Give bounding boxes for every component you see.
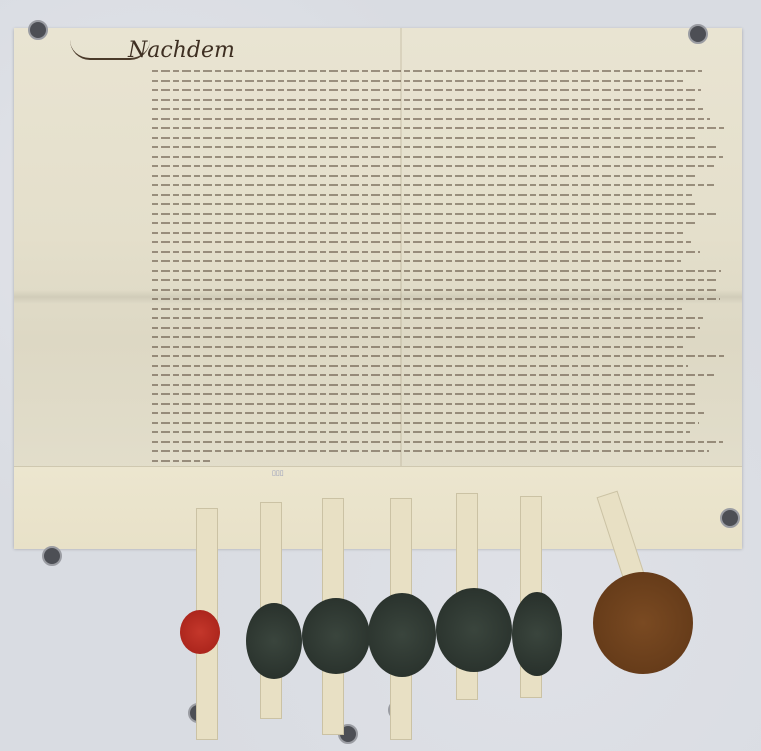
- handwritten-line: [152, 232, 686, 234]
- handwritten-line: [152, 279, 719, 281]
- handwritten-line: [152, 80, 685, 82]
- handwritten-line: [152, 146, 716, 148]
- handwritten-text-block: [152, 70, 727, 470]
- handwritten-line: [152, 89, 701, 91]
- handwritten-line: [152, 108, 703, 110]
- handwritten-line: [152, 374, 714, 376]
- mounting-pin: [42, 546, 62, 566]
- handwritten-line: [152, 222, 695, 224]
- mounting-pin: [28, 20, 48, 40]
- handwritten-line: [152, 327, 700, 329]
- mounting-pin: [688, 24, 708, 44]
- green-wax-seal: [302, 598, 370, 674]
- handwritten-line: [152, 213, 716, 215]
- handwritten-line: [152, 422, 699, 424]
- handwritten-line: [152, 393, 696, 395]
- handwritten-line: [152, 270, 721, 272]
- handwritten-line: [152, 184, 714, 186]
- handwritten-line: [152, 298, 720, 300]
- mounting-pin: [720, 508, 740, 528]
- handwritten-line: [152, 156, 723, 158]
- plica-fold: [14, 466, 742, 549]
- handwritten-line: [152, 241, 691, 243]
- handwritten-line: [152, 118, 710, 120]
- handwritten-line: [152, 251, 700, 253]
- handwritten-line: [152, 403, 695, 405]
- handwritten-line: [152, 308, 682, 310]
- green-wax-seal: [436, 588, 512, 672]
- handwritten-line: [152, 431, 690, 433]
- handwritten-line: [152, 165, 714, 167]
- handwritten-line: [152, 99, 695, 101]
- handwritten-line: [152, 441, 723, 443]
- handwritten-line: [152, 384, 698, 386]
- opening-word: Nachdem: [128, 38, 235, 63]
- handwritten-line: [152, 194, 692, 196]
- handwritten-line: [152, 336, 696, 338]
- handwritten-line: [152, 203, 695, 205]
- handwritten-line: [152, 412, 706, 414]
- handwritten-line: [152, 127, 724, 129]
- handwritten-line: [152, 450, 709, 452]
- green-wax-seal-oval: [512, 592, 562, 676]
- handwritten-line: [152, 260, 681, 262]
- red-wax-seal: [180, 610, 220, 654]
- handwritten-line: [152, 460, 210, 462]
- green-wax-seal: [368, 593, 436, 677]
- handwritten-line: [152, 289, 716, 291]
- handwritten-line: [152, 70, 702, 72]
- handwritten-line: [152, 365, 688, 367]
- handwritten-line: [152, 355, 724, 357]
- handwritten-line: [152, 175, 697, 177]
- handwritten-line: [152, 317, 703, 319]
- brown-wax-seal: [593, 572, 693, 674]
- handwritten-line: [152, 137, 698, 139]
- green-wax-seal: [246, 603, 302, 679]
- handwritten-line: [152, 346, 685, 348]
- archival-stamp: ▯▯▯: [272, 469, 284, 477]
